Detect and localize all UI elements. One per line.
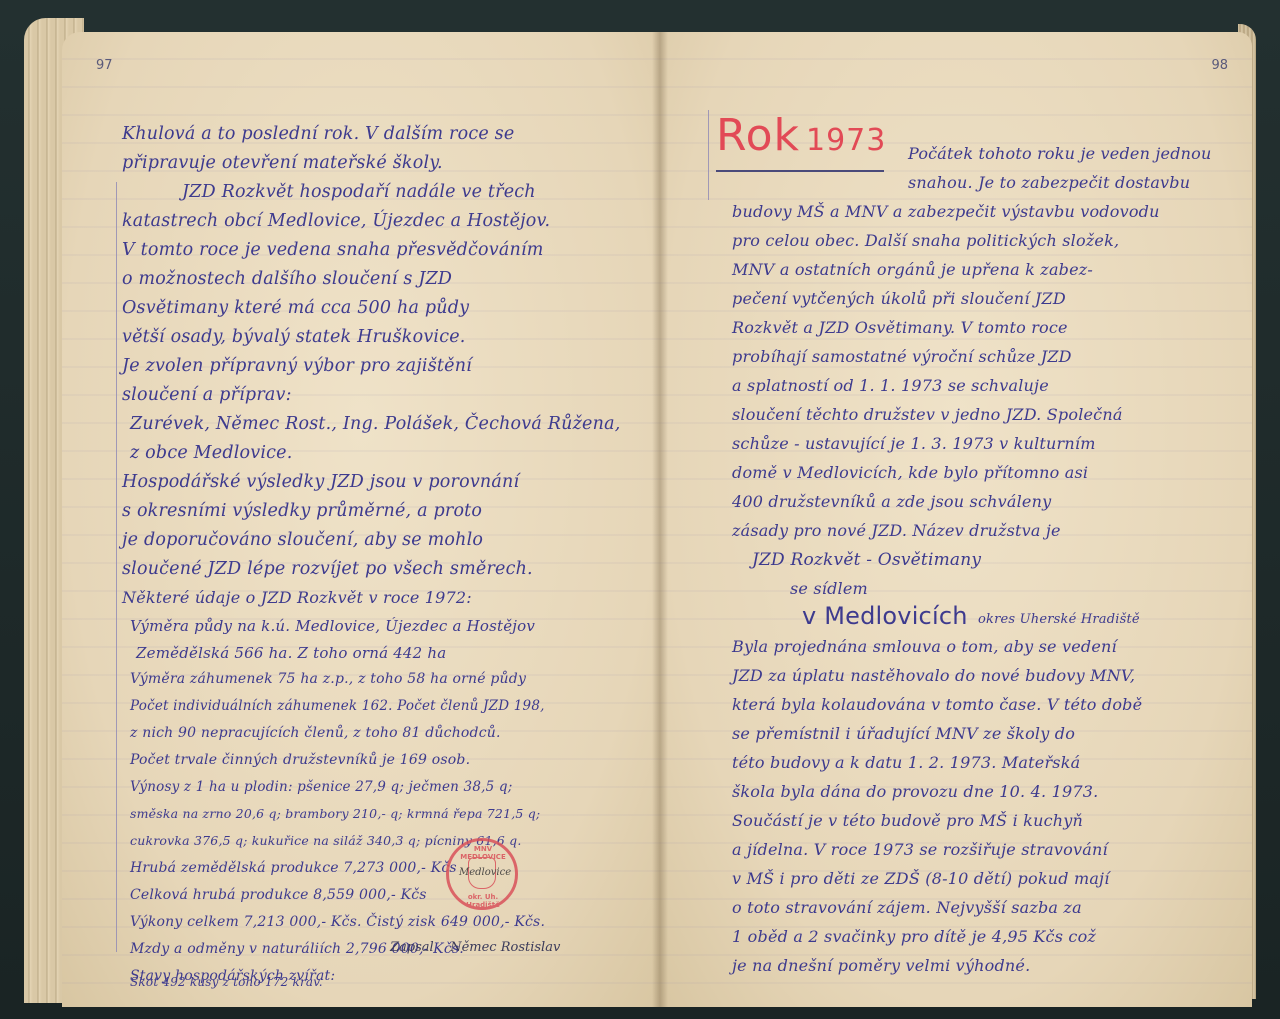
text-line: Hrubá zemědělská produkce 7,273 000,- Kč…	[130, 860, 457, 876]
text-line: která byla kolaudována v tomto čase. V t…	[732, 695, 1142, 714]
page-number: 97	[96, 58, 113, 73]
text-line: této budovy a k datu 1. 2. 1973. Mateřsk…	[732, 753, 1080, 772]
text-line: je na dnešní poměry velmi výhodné.	[732, 956, 1030, 975]
text-line: Byla projednána smlouva o tom, aby se ve…	[732, 637, 1117, 656]
text-line: z obce Medlovice.	[130, 443, 292, 463]
text-line: sloučení těchto družstev v jedno JZD. Sp…	[732, 405, 1123, 424]
text-line: z nich 90 nepracujících členů, z toho 81…	[130, 725, 501, 741]
stamp-signature: Medlovice	[459, 867, 511, 878]
book-gutter	[652, 32, 668, 1007]
text-line: Osvětimany které má cca 500 ha půdy	[122, 298, 469, 318]
text-line: sloučené JZD lépe rozvíjet po všech směr…	[122, 559, 533, 579]
official-stamp: MNV MEDLOVICE Medlovice okr. Uh. Hradišt…	[446, 838, 518, 910]
text-line: katastrech obcí Medlovice, Újezdec a Hos…	[122, 211, 550, 231]
text-line: je doporučováno sloučení, aby se mohlo	[122, 530, 483, 550]
text-line: směska na zrno 20,6 q; brambory 210,- q;…	[130, 806, 540, 821]
text-line: se přemístnil i úřadující MNV ze školy d…	[732, 724, 1075, 743]
text-line: pro celou obec. Další snaha politických …	[732, 231, 1119, 250]
text-line: V tomto roce je vedena snaha přesvědčová…	[122, 240, 544, 260]
text-line: Zurévek, Němec Rost., Ing. Polášek, Čech…	[130, 414, 620, 434]
text-line: JZD Rozkvět - Osvětimany	[752, 550, 981, 570]
text-line: o toto stravování zájem. Nejvyšší sazba …	[732, 898, 1082, 917]
text-line: s okresními výsledky průměrné, a proto	[122, 501, 482, 521]
text-line: JZD Rozkvět hospodaří nadále ve třech	[182, 182, 536, 202]
margin-line	[116, 182, 117, 952]
text-line: sloučení a příprav:	[122, 385, 292, 405]
text-line: domě v Medlovicích, kde bylo přítomno as…	[732, 463, 1088, 482]
year-heading: Rok1973	[716, 110, 886, 161]
text-line: schůze - ustavující je 1. 3. 1973 v kult…	[732, 434, 1096, 453]
text-line: a jídelna. V roce 1973 se rozšiřuje stra…	[732, 840, 1108, 859]
text-line: Hospodářské výsledky JZD jsou v porovnán…	[122, 472, 519, 492]
text-line: škola byla dána do provozu dne 10. 4. 19…	[732, 782, 1098, 801]
text-line: Rozkvět a JZD Osvětimany. V tomto roce	[732, 318, 1068, 337]
text-line: Výměra záhumenek 75 ha z.p., z toho 58 h…	[130, 671, 526, 687]
margin-line	[708, 110, 709, 200]
text-line: v Medlovicích	[802, 602, 968, 630]
text-line: pečení vytčených úkolů při sloučení JZD	[732, 289, 1066, 308]
text-line: MNV a ostatních orgánů je upřena k zabez…	[732, 260, 1093, 279]
text-line: snahou. Je to zabezpečit dostavbu	[908, 173, 1190, 192]
text-line: Je zvolen přípravný výbor pro zajištění	[122, 356, 472, 376]
author-signature: Zapsal Němec Rostislav	[390, 940, 560, 955]
text-line: Počet trvale činných družstevníků je 169…	[130, 752, 470, 768]
text-line: Celková hrubá produkce 8,559 000,- Kčs	[130, 887, 427, 903]
text-line: Některé údaje o JZD Rozkvět v roce 1972:	[122, 588, 472, 607]
text-line: v MŠ i pro děti ze ZDŠ (8-10 dětí) pokud…	[732, 869, 1110, 888]
text-line: připravuje otevření mateřské školy.	[122, 153, 443, 173]
heading-word: Rok	[716, 110, 800, 161]
text-line: o možnostech dalšího sloučení s JZD	[122, 269, 452, 289]
heading-year: 1973	[806, 123, 886, 158]
text-line: Součástí je v této budově pro MŠ i kuchy…	[732, 811, 1083, 830]
signature-name: Němec Rostislav	[450, 940, 560, 955]
text-line: a splatností od 1. 1. 1973 se schvaluje	[732, 376, 1049, 395]
page-number: 98	[1211, 58, 1228, 73]
text-line: okres Uherské Hradiště	[978, 612, 1140, 627]
text-line: budovy MŠ a MNV a zabezpečit výstavbu vo…	[732, 202, 1160, 221]
text-line: Výnosy z 1 ha u plodin: pšenice 27,9 q; …	[130, 779, 512, 795]
text-line: Výměra půdy na k.ú. Medlovice, Újezdec a…	[130, 617, 535, 635]
text-line: větší osady, bývalý statek Hruškovice.	[122, 327, 466, 347]
text-line: zásady pro nové JZD. Název družstva je	[732, 521, 1061, 540]
right-page: 98 Rok1973 Počátek tohoto roku je veden …	[660, 32, 1252, 1007]
heading-underline	[716, 170, 884, 172]
open-book: 97 Khulová a to poslední rok. V dalším r…	[14, 12, 1264, 1005]
text-line: Počátek tohoto roku je veden jednou	[908, 144, 1211, 163]
text-line: 400 družstevníků a zde jsou schváleny	[732, 492, 1051, 511]
left-page: 97 Khulová a to poslední rok. V dalším r…	[62, 32, 660, 1007]
signature-label: Zapsal	[390, 940, 434, 955]
text-line: Skot 492 kusy z toho 172 krav.	[130, 975, 323, 989]
text-line: se sídlem	[790, 579, 868, 598]
text-line: Khulová a to poslední rok. V dalším roce…	[122, 124, 514, 144]
text-line: Výkony celkem 7,213 000,- Kčs. Čistý zis…	[130, 914, 545, 930]
text-line: JZD za úplatu nastěhovalo do nové budovy…	[732, 666, 1135, 685]
text-line: Počet individuálních záhumenek 162. Poče…	[130, 698, 545, 714]
text-line: Zemědělská 566 ha. Z toho orná 442 ha	[136, 644, 446, 662]
text-line: probíhají samostatné výroční schůze JZD	[732, 347, 1072, 366]
text-line: 1 oběd a 2 svačinky pro dítě je 4,95 Kčs…	[732, 927, 1096, 946]
stamp-bottom-text: okr. Uh. Hradiště	[455, 893, 511, 909]
